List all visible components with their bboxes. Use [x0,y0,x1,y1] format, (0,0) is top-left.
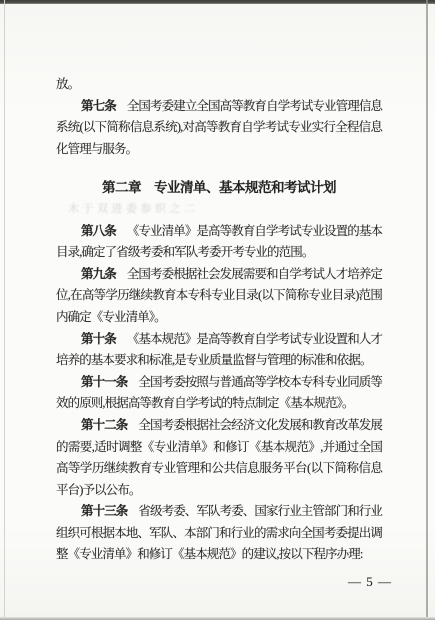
scan-edge-left [4,0,5,620]
article-11-number: 第十一条 [81,375,127,389]
article-9-number: 第九条 [81,267,116,281]
article-12-number: 第十二条 [81,418,127,432]
article-11: 第十一条全国考委按照与普通高等学校本专科专业同质等效的原则,根据高等教育自学考试… [56,372,382,415]
bleedthrough-text: 木于双进委参织之二 [56,199,382,221]
article-10: 第十条《基本规范》是高等教育自学考试专业设置和人才培养的基本要求和标准,是专业质… [56,329,382,372]
chapter-heading: 第二章 专业清单、基本规范和考试计划 [56,177,382,199]
article-12: 第十二条全国考委根据社会经济文化发展和教育改革发展的需要,适时调整《专业清单》和… [56,415,382,501]
article-8: 第八条《专业清单》是高等教育自学考试专业设置的基本目录,确定了省级考委和军队考委… [56,221,382,264]
scan-edge-top [0,0,435,4]
scan-edge-right [426,0,428,620]
paragraph-continuation: 放。 [56,74,382,96]
article-10-number: 第十条 [81,332,116,346]
article-7: 第七条全国考委建立全国高等教育自学考试专业管理信息系统(以下简称信息系统),对高… [56,96,382,161]
article-8-number: 第八条 [81,224,116,238]
page-number: — 5 — [56,571,392,593]
article-9: 第九条全国考委根据社会发展需要和自学考试人才培养定位,在高等学历继续教育本专科专… [56,264,382,329]
document-text: 放。 第七条全国考委建立全国高等教育自学考试专业管理信息系统(以下简称信息系统)… [56,74,382,593]
scanned-page: 放。 第七条全国考委建立全国高等教育自学考试专业管理信息系统(以下简称信息系统)… [0,0,435,620]
article-13-number: 第十三条 [81,504,127,518]
article-7-number: 第七条 [81,99,116,113]
article-13: 第十三条省级考委、军队考委、国家行业主管部门和行业组织可根据本地、军队、本部门和… [56,501,382,566]
